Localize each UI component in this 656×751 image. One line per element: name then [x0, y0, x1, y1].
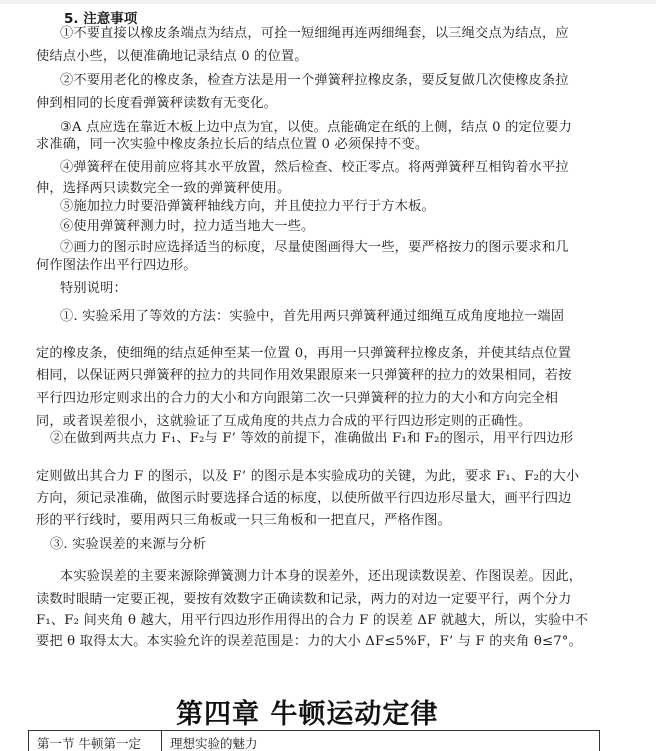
- note-2-line-2: 伸到相同的长度看弹簧秤读数有无变化。: [36, 96, 277, 112]
- error-line-2: 读数时眼睛一定要正视，要按有效数字正确读数和记录，两力的对边一定要平行，两个分力: [36, 592, 572, 608]
- special-2-line-2: 定则做出其合力 F 的图示，以及 F’ 的图示是本实验成功的关键，为此，要求 F…: [36, 469, 579, 485]
- note-4-line-1: ④弹簧秤在使用前应将其水平放置，然后检查、校正零点。将两弹簧秤互相钩着水平拉: [60, 160, 569, 176]
- special-2-line-3: 方向，须记录准确，做图示时要选择合适的标度，以使所做平行四边形尽量大，画平行四边: [36, 491, 572, 507]
- chapter-title: 第四章 牛顿运动定律: [176, 692, 438, 731]
- note-7-line-2: 何作图法作出平行四边形。: [36, 258, 197, 274]
- note-2-line-1: ②不要用老化的橡皮条，检查方法是用一个弹簧秤拉橡皮条，要反复做几次使橡皮条拉: [60, 73, 569, 89]
- special-1-line-3: 相同，以保证两只弹簧秤的拉力的共同作用效果跟原来一只弹簧秤的拉力的效果相同，若按: [36, 368, 572, 384]
- error-line-3: F₁、F₂ 间夹角 θ 越大，用平行四边形作用得出的合力 F 的误差 ΔF 就越…: [36, 613, 588, 629]
- note-3-line-2: 求准确，同一次实验中橡皮条拉长后的结点位置 0 必须保持不变。: [36, 137, 428, 153]
- special-1-line-1: ①. 实验采用了等效的方法：实验中，首先用两只弹簧秤通过细绳互成角度地拉一端固: [60, 309, 564, 325]
- note-5: ⑤施加拉力时要沿弹簧秤轴线方向，并且使拉力平行于方木板。: [60, 199, 435, 215]
- note-4-line-2: 伸，选择两只读数完全一致的弹簧秤使用。: [36, 181, 290, 197]
- error-line-4: 要把 θ 取得太大。本实验允许的误差范围是：力的大小 ΔF≤5%F，F’ 与 F…: [36, 634, 582, 650]
- top-edge: [0, 0, 656, 4]
- special-label: 特别说明：: [60, 281, 127, 297]
- special-1-line-4: 平行四边形定则求出的合力的大小和方向跟第二次一只弹簧秤的拉力的大小和方向完全相: [36, 391, 558, 407]
- error-line-1: 本实验误差的主要来源除弹簧测力计本身的误差外，还出现读数误差、作图误差。因此，: [60, 569, 582, 585]
- note-7-line-1: ⑦画力的图示时应选择适当的标度，尽量使图画得大一些，要严格按力的图示要求和几: [60, 240, 569, 256]
- section-heading: 5. 注意事项: [64, 7, 137, 27]
- special-3-heading: ③. 实验误差的来源与分析: [50, 537, 206, 553]
- note-1-line-2: 使结点小些，以便准确地记录结点 0 的位置。: [36, 49, 308, 65]
- table-cell-topic: 理想实验的魅力: [162, 731, 258, 751]
- section-table: 第一节 牛顿第一定 理想实验的魅力: [28, 730, 600, 751]
- note-6: ⑥使用弹簧秤测力时，拉力适当地大一些。: [60, 219, 314, 235]
- note-3-line-1: ③A 点应选在靠近木板上边中点为宜，以使。点能确定在纸的上侧，结点 0 的定位要…: [60, 120, 572, 136]
- special-1-line-2: 定的橡皮条，使细绳的结点延伸至某一位置 0，再用一只弹簧秤拉橡皮条，并使其结点位…: [36, 346, 571, 362]
- special-1-line-5: 同，或者误差很小，这就验证了互成角度的共点力合成的平行四边形定则的正确性。: [36, 414, 531, 430]
- table-cell-section: 第一节 牛顿第一定: [29, 731, 162, 751]
- special-2-line-1: ②在做到两共点力 F₁、F₂与 F’ 等效的前提下，准确做出 F₁和 F₂的图示…: [50, 431, 573, 447]
- special-2-line-4: 形的平行线时，要用两只三角板或一只三角板和一把直尺，严格作图。: [36, 513, 451, 529]
- note-1-line-1: ①不要直接以橡皮条端点为结点，可拴一短细绳再连两细绳套，以三绳交点为结点，应: [60, 26, 569, 42]
